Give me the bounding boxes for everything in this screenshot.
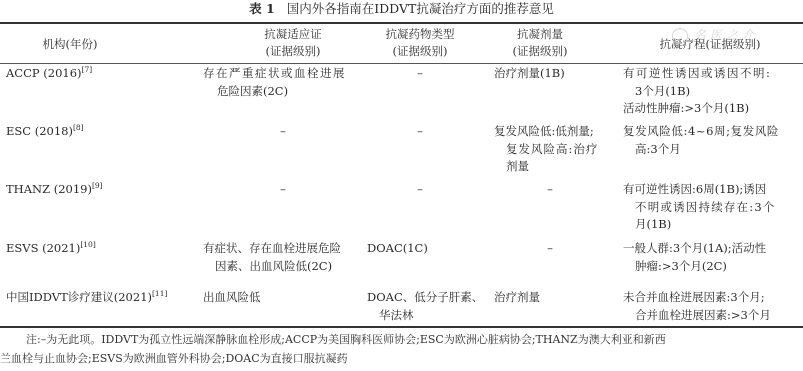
dose-line: 治疗剂量 [494,289,540,307]
table-caption: 表 1国内外各指南在IDDVT抗凝治疗方面的推荐意见 [0,0,803,20]
duration-line: 月(1B) [623,216,776,234]
indication-cell: 存在严重症状或血栓进展 危险因素(2C) [203,65,346,100]
indication-cell: 有症状、存在血栓进展危险 因素、出血风险低(2C) [203,240,341,275]
drug-line: – [370,181,470,199]
drug-cell: DOAC、低分子肝素、 华法林 [367,289,483,324]
duration-line: 高:3个月 [623,141,779,159]
indication-line: 存在严重症状或血栓进展 [203,65,346,83]
org-cell: THANZ (2019)[9] [6,181,103,199]
table-note: 注:–为无此项。IDDVT为孤立性远端深静脉血栓形成;ACCP为美国胸科医师协会… [0,330,803,368]
dose-cell: 治疗剂量(1B) [494,65,565,83]
duration-cell: 一般人群:3个月(1A);活动性 肿瘤:>3个月(2C) [623,240,766,275]
indication-line: – [218,123,348,141]
dose-cell: 治疗剂量 [494,289,540,307]
table-number: 表 1 [249,1,275,16]
duration-cell: 有可逆性诱因或诱因不明: 3个月(1B) 活动性肿瘤:>3个月(1B) [623,65,771,118]
note-line-1: 注:–为无此项。IDDVT为孤立性远端深静脉血栓形成;ACCP为美国胸科医师协会… [0,330,803,349]
bottom-rule [0,326,803,328]
duration-cell: 有可逆性诱因:6周(1B);诱因 不明或诱因持续存在:3个 月(1B) [623,181,776,234]
indication-cell: – [218,181,348,199]
header-org-label: 机构(年份) [43,37,98,51]
note-line-2: 兰血栓与止血协会;ESVS为欧洲血管外科协会;DOAC为直接口服抗凝药 [0,349,803,368]
indication-cell: 出血风险低 [203,289,261,307]
drug-cell: – [370,123,470,141]
duration-line: 复发风险低:4~6周;复发风险 [623,123,779,141]
dose-line: 复发风险高:治疗 [494,141,598,159]
dose-line: 剂量 [494,158,598,176]
reference: [8] [73,123,84,132]
drug-cell: – [370,181,470,199]
dose-line: – [500,181,600,199]
duration-line: 活动性肿瘤:>3个月(1B) [623,100,771,118]
header-drug: 抗凝药物类型 (证据级别) [365,26,475,62]
header-rule [0,63,803,64]
drug-line: 华法林 [367,307,483,325]
duration-cell: 未合并血栓进展因素:3个月; 合并血栓进展因素:>3个月 [623,289,771,324]
drug-cell: DOAC(1C) [367,240,428,258]
indication-line: 有症状、存在血栓进展危险 [203,240,341,258]
header-dose-sub: (证据级别) [490,43,590,60]
org-name: ESVS (2021) [6,241,80,255]
duration-line: 肿瘤:>3个月(2C) [623,258,766,276]
indication-cell: – [218,123,348,141]
dose-cell: – [500,240,600,258]
duration-line: 有可逆性诱因:6周(1B);诱因 [623,181,776,199]
indication-line: 危险因素(2C) [203,83,346,101]
indication-line: – [218,181,348,199]
duration-cell: 复发风险低:4~6周;复发风险 高:3个月 [623,123,779,158]
drug-line: – [370,65,470,83]
duration-line: 未合并血栓进展因素:3个月; [623,289,771,307]
header-dose-label: 抗凝剂量 [490,26,590,43]
org-name: THANZ (2019) [6,182,92,196]
top-rule [0,22,803,24]
reference: [11] [152,289,167,298]
watermark-text: 名医之介 [694,28,758,42]
reference: [10] [80,240,95,249]
reference: [9] [92,181,103,190]
header-indication-sub: (证据级别) [218,43,368,60]
org-name: 中国IDDVT诊疗建议(2021) [6,290,152,304]
table-title: 国内外各指南在IDDVT抗凝治疗方面的推荐意见 [287,1,554,16]
drug-line: DOAC、低分子肝素、 [367,289,483,307]
duration-line: 3个月(1B) [623,83,771,101]
org-cell: 中国IDDVT诊疗建议(2021)[11] [6,289,167,307]
org-name: ACCP (2016) [6,66,82,80]
org-cell: ESVS (2021)[10] [6,240,96,258]
header-org: 机构(年份) [0,26,140,62]
indication-line: 出血风险低 [203,289,261,307]
indication-line: 因素、出血风险低(2C) [203,258,341,276]
header-drug-sub: (证据级别) [365,43,475,60]
dose-line: 治疗剂量(1B) [494,65,565,83]
org-cell: ACCP (2016)[7] [6,65,92,83]
drug-line: – [370,123,470,141]
header-dose: 抗凝剂量 (证据级别) [490,26,590,62]
drug-line: DOAC(1C) [367,240,428,258]
reference: [7] [82,65,93,74]
org-name: ESC (2018) [6,124,73,138]
duration-line: 一般人群:3个月(1A);活动性 [623,240,766,258]
duration-line: 有可逆性诱因或诱因不明: [623,65,771,83]
dose-cell: 复发风险低:低剂量; 复发风险高:治疗 剂量 [494,123,598,176]
dose-cell: – [500,181,600,199]
org-cell: ESC (2018)[8] [6,123,84,141]
dose-line: 复发风险低:低剂量; [494,123,598,141]
watermark: 名医之介 [672,26,802,46]
header-drug-label: 抗凝药物类型 [365,26,475,43]
duration-line: 合并血栓进展因素:>3个月 [623,307,771,325]
duration-line: 不明或诱因持续存在:3个 [623,199,776,217]
header-indication-label: 抗凝适应证 [218,26,368,43]
seal-icon [672,28,688,44]
header-indication: 抗凝适应证 (证据级别) [218,26,368,62]
drug-cell: – [370,65,470,83]
dose-line: – [500,240,600,258]
